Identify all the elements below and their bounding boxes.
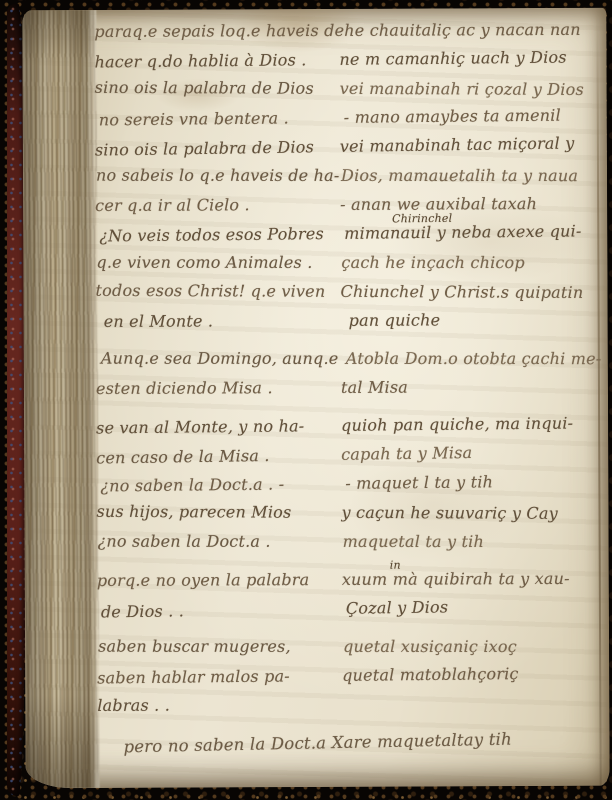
line-spanish-text: sino ois la palabra de Dios (89, 78, 340, 98)
line-indigenous-text: he chauitaliç ac y nacan nan (344, 20, 596, 40)
line-indigenous-text: inxuum mà quibirah ta y xau- (342, 569, 599, 589)
line-indigenous-text: quioh pan quiche, ma inqui- (341, 413, 598, 435)
manuscript-line: pero no saben la Doct.a Xare maquetaltay… (91, 728, 599, 767)
line-spanish-text: sus hijos, parecen Mios (91, 502, 342, 522)
line-indigenous-text: quetal matoblahçoriç (342, 663, 599, 685)
manuscript-line: saben hablar malos pa-quetal matoblahçor… (91, 663, 599, 697)
line-spanish-text: saben hablar malos pa- (91, 666, 342, 688)
manuscript-page: paraq.e sepais loq.e haveis dehe chauita… (22, 8, 609, 789)
manuscript-line: sus hijos, parecen Miosy caçun he suuvar… (90, 502, 598, 533)
line-spanish-text: labras . . (91, 695, 342, 715)
line-spanish-text: saben buscar mugeres, (92, 637, 343, 656)
line-spanish-text: cen caso de la Misa . (90, 445, 341, 468)
line-spanish-text: no sabeis lo q.e haveis de ha- (90, 166, 341, 185)
manuscript-line: todos esos Christ! q.e vivenChiunchel y … (89, 281, 597, 312)
line-spanish-text: paraq.e sepais loq.e haveis de (88, 21, 344, 41)
line-indigenous-text: pan quiche (349, 310, 598, 330)
manuscript-line: de Dios . .Çozal y Dios (91, 595, 599, 632)
manuscript-line: labras . . (91, 694, 599, 725)
line-spanish-text: ¿no saben la Doct.a . (92, 532, 343, 551)
manuscript-line: hacer q.do hablia à Dios .ne m camanhiç … (88, 47, 596, 81)
line-indigenous-text: maquetal ta y tih (343, 532, 600, 551)
interlinear-insertion: in (390, 559, 401, 572)
line-spanish-text: en el Monte . (90, 311, 349, 331)
manuscript-line: Aunq.e sea Domingo, aunq.eAtobla Dom.o o… (91, 349, 599, 378)
line-indigenous-text: çach he inçach chicop (341, 253, 598, 272)
line-indigenous-text (342, 709, 599, 710)
manuscript-line: en el Monte .pan quiche (90, 310, 598, 341)
line-spanish-text: esten diciendo Misa . (90, 378, 341, 398)
manuscript-line: esten diciendo Misa .tal Misa (90, 377, 598, 408)
manuscript-line: ¿no saben la Doct.a . -- maquet l ta y t… (90, 471, 598, 505)
line-indigenous-text: - anan we auxibal taxah (340, 194, 597, 214)
line-indigenous-text: vei manabinah tac miçoral y (340, 133, 597, 156)
photo-background: paraq.e sepais loq.e haveis dehe chauita… (0, 0, 612, 800)
manuscript-line: ¿no saben la Doct.a .maquetal ta y tih (92, 532, 600, 561)
manuscript-line: saben buscar mugeres,quetal xusiçaniç ix… (92, 637, 600, 666)
line-spanish-text: q.e viven como Animales . (90, 253, 341, 272)
line-spanish-text: se van al Monte, y no ha- (90, 416, 341, 438)
line-indigenous-text: vei manabinah ri çozal y Dios (340, 79, 597, 99)
line-indigenous-text: quetal xusiçaniç ixoç (343, 637, 600, 656)
line-indigenous-text: Atobla Dom.o otobta çachi me- (346, 349, 602, 368)
line-spanish-text: hacer q.do hablia à Dios . (88, 50, 339, 72)
line-indigenous-text: - mano amaybes ta amenil (344, 105, 597, 127)
line-indigenous-text: - maquet l ta y tih (345, 471, 598, 493)
line-spanish-text: todos esos Christ! q.e viven (90, 281, 341, 301)
line-spanish-text: ¿No veis todos esos Pobres (89, 224, 344, 246)
manuscript-line: paraq.e sepais loq.e haveis dehe chauita… (88, 20, 596, 51)
line-indigenous-text: Çozal y Dios (346, 595, 599, 618)
line-full-text: pero no saben la Doct.a Xare maquetaltay… (91, 730, 512, 757)
line-spanish-text: porq.e no oyen la palabra (91, 570, 342, 590)
line-indigenous-text: tal Misa (341, 377, 598, 397)
line-spanish-text: no sereis vna bentera . (89, 108, 344, 130)
line-spanish-text: sino ois la palabra de Dios (89, 137, 340, 160)
manuscript-line: no sabeis lo q.e haveis de ha-Dios, mama… (90, 166, 598, 195)
manuscript-lines: paraq.e sepais loq.e haveis dehe chauita… (88, 20, 599, 763)
manuscript-line: q.e viven como Animales .çach he inçach … (90, 253, 598, 282)
line-indigenous-text: Chirinchelmimanauil y neba axexe qui- (344, 221, 597, 243)
line-indigenous-text: y caçun he suuvariç y Cay (342, 503, 599, 523)
interlinear-insertion: Chirinchel (392, 212, 452, 226)
manuscript-line: cer q.a ir al Cielo .- anan we auxibal t… (89, 194, 597, 225)
line-spanish-text: de Dios . . (91, 599, 346, 622)
manuscript-line: sino ois la palabra de Diosvei manabinah… (89, 78, 597, 109)
manuscript-line: sino ois la palabra de Diosvei manabinah… (89, 133, 597, 170)
manuscript-line: ¿No veis todos esos PobresChirinchelmima… (89, 221, 597, 255)
line-spanish-text: ¿no saben la Doct.a . - (90, 474, 345, 496)
line-spanish-text: Aunq.e sea Domingo, aunq.e (91, 349, 346, 368)
line-indigenous-text: capah ta y Misa (341, 441, 598, 464)
line-indigenous-text: ne m camanhiç uach y Dios (339, 47, 596, 69)
line-indigenous-text: Chiunchel y Christ.s quipatin (341, 282, 598, 302)
line-indigenous-text: Dios, mamauetalih ta y naua (341, 166, 598, 185)
line-spanish-text: cer q.a ir al Cielo . (89, 195, 340, 215)
